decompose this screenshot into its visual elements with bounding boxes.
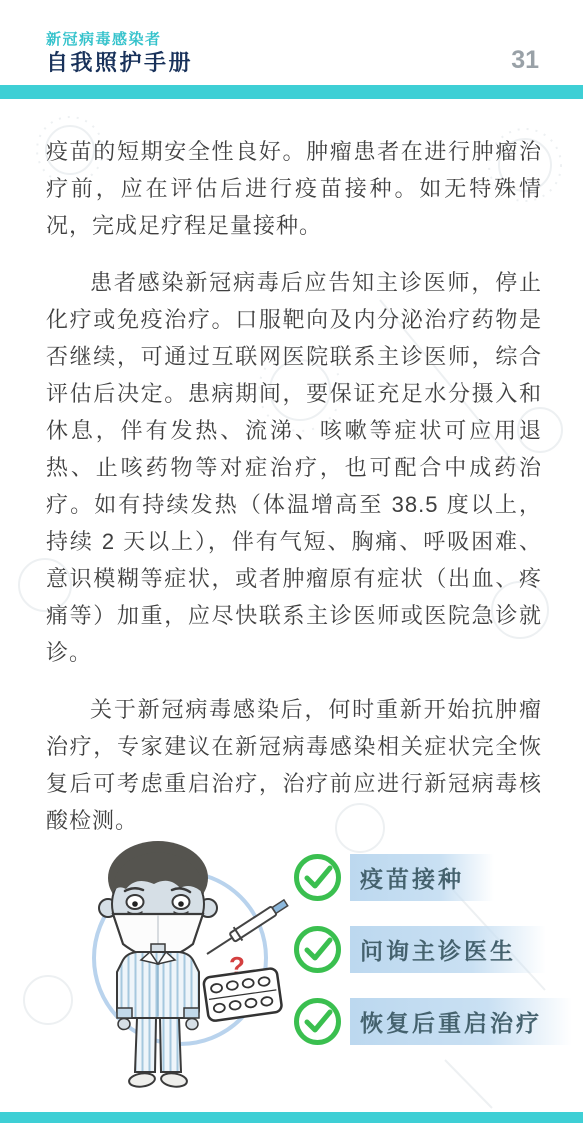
handbook-title: 自我照护手册 [46,49,193,77]
paragraph-3: 关于新冠病毒感染后，何时重新开始抗肿瘤治疗，专家建议在新冠病毒感染相关症状完全恢… [46,691,542,839]
checklist-item-vaccination: 疫苗接种 [294,854,572,901]
handbook-page: 新冠病毒感染者 自我照护手册 31 疫苗的短期安全性良好。肿瘤患者在进行肿瘤治疗… [0,0,583,1130]
check-icon [294,854,341,901]
body-text: 疫苗的短期安全性良好。肿瘤患者在进行肿瘤治疗前，应在评估后进行疫苗接种。如无特殊… [46,133,542,859]
check-icon [294,998,341,1045]
footer-accent-bar [0,1112,583,1123]
paragraph-2: 患者感染新冠病毒后应告知主诊医师，停止化疗或免疫治疗。口服靶向及内分泌治疗药物是… [46,264,542,671]
check-icon [294,926,341,973]
handbook-subtitle: 新冠病毒感染者 [46,30,193,49]
masked-patient-icon [99,841,217,1088]
checklist-item-restart-treatment: 恢复后重启治疗 [294,998,572,1045]
checklist-item-ask-doctor: 问询主诊医生 [294,926,572,973]
page-header: 新冠病毒感染者 自我照护手册 [46,30,193,77]
pill-blister-icon [203,968,282,1022]
checklist-label: 恢复后重启治疗 [350,998,572,1045]
checklist-label: 问询主诊医生 [350,926,546,973]
paragraph-1: 疫苗的短期安全性良好。肿瘤患者在进行肿瘤治疗前，应在评估后进行疫苗接种。如无特殊… [46,133,542,244]
checklist: 疫苗接种 问询主诊医生 恢复后重启治疗 [294,854,572,1045]
patient-illustration: ? [55,832,315,1102]
checklist-label: 疫苗接种 [350,854,494,901]
page-number: 31 [511,46,539,75]
header-accent-bar [0,85,583,99]
